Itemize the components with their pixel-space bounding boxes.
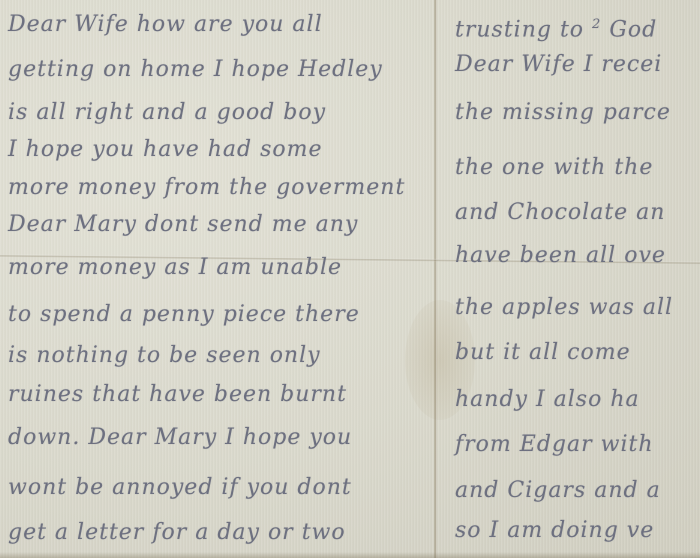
letter-line: have been all ove xyxy=(455,243,666,269)
letter-line: is all right and a good boy xyxy=(8,100,326,126)
letter-line: so I am doing ve xyxy=(455,518,654,544)
letter-line: I hope you have had some xyxy=(8,137,323,163)
letter-line: is nothing to be seen only xyxy=(8,343,321,369)
letter-line: handy I also ha xyxy=(455,387,640,413)
letter-line: Dear Wife how are you all xyxy=(8,12,323,38)
letter-line: the one with the xyxy=(455,155,653,181)
letter-line: from Edgar with xyxy=(455,432,654,458)
letter-line-text: God xyxy=(609,17,657,42)
page-number: 2 xyxy=(592,17,601,32)
letter-paper: Dear Wife how are you all getting on hom… xyxy=(0,0,700,558)
letter-line: the apples was all xyxy=(455,295,673,321)
letter-line: the missing parce xyxy=(455,100,671,126)
letter-line: trusting to 2 God xyxy=(455,12,657,43)
letter-line: more money as I am unable xyxy=(8,255,342,281)
letter-line: ruines that have been burnt xyxy=(8,382,347,408)
paper-bottom-edge xyxy=(0,552,700,558)
letter-line: but it all come xyxy=(455,340,631,366)
letter-line: and Chocolate an xyxy=(455,200,665,226)
letter-line: more money from the goverment xyxy=(8,175,405,201)
letter-line: to spend a penny piece there xyxy=(8,302,360,328)
vertical-fold-crease xyxy=(434,0,437,558)
letter-line-text: trusting to xyxy=(455,17,584,42)
letter-line: Dear Mary dont send me any xyxy=(8,212,358,238)
letter-line: Dear Wife I recei xyxy=(455,52,662,78)
letter-line: down. Dear Mary I hope you xyxy=(8,425,352,451)
letter-line: wont be annoyed if you dont xyxy=(8,475,352,501)
letter-line: get a letter for a day or two xyxy=(8,520,346,546)
letter-line: getting on home I hope Hedley xyxy=(8,57,383,83)
letter-line: and Cigars and a xyxy=(455,478,661,504)
